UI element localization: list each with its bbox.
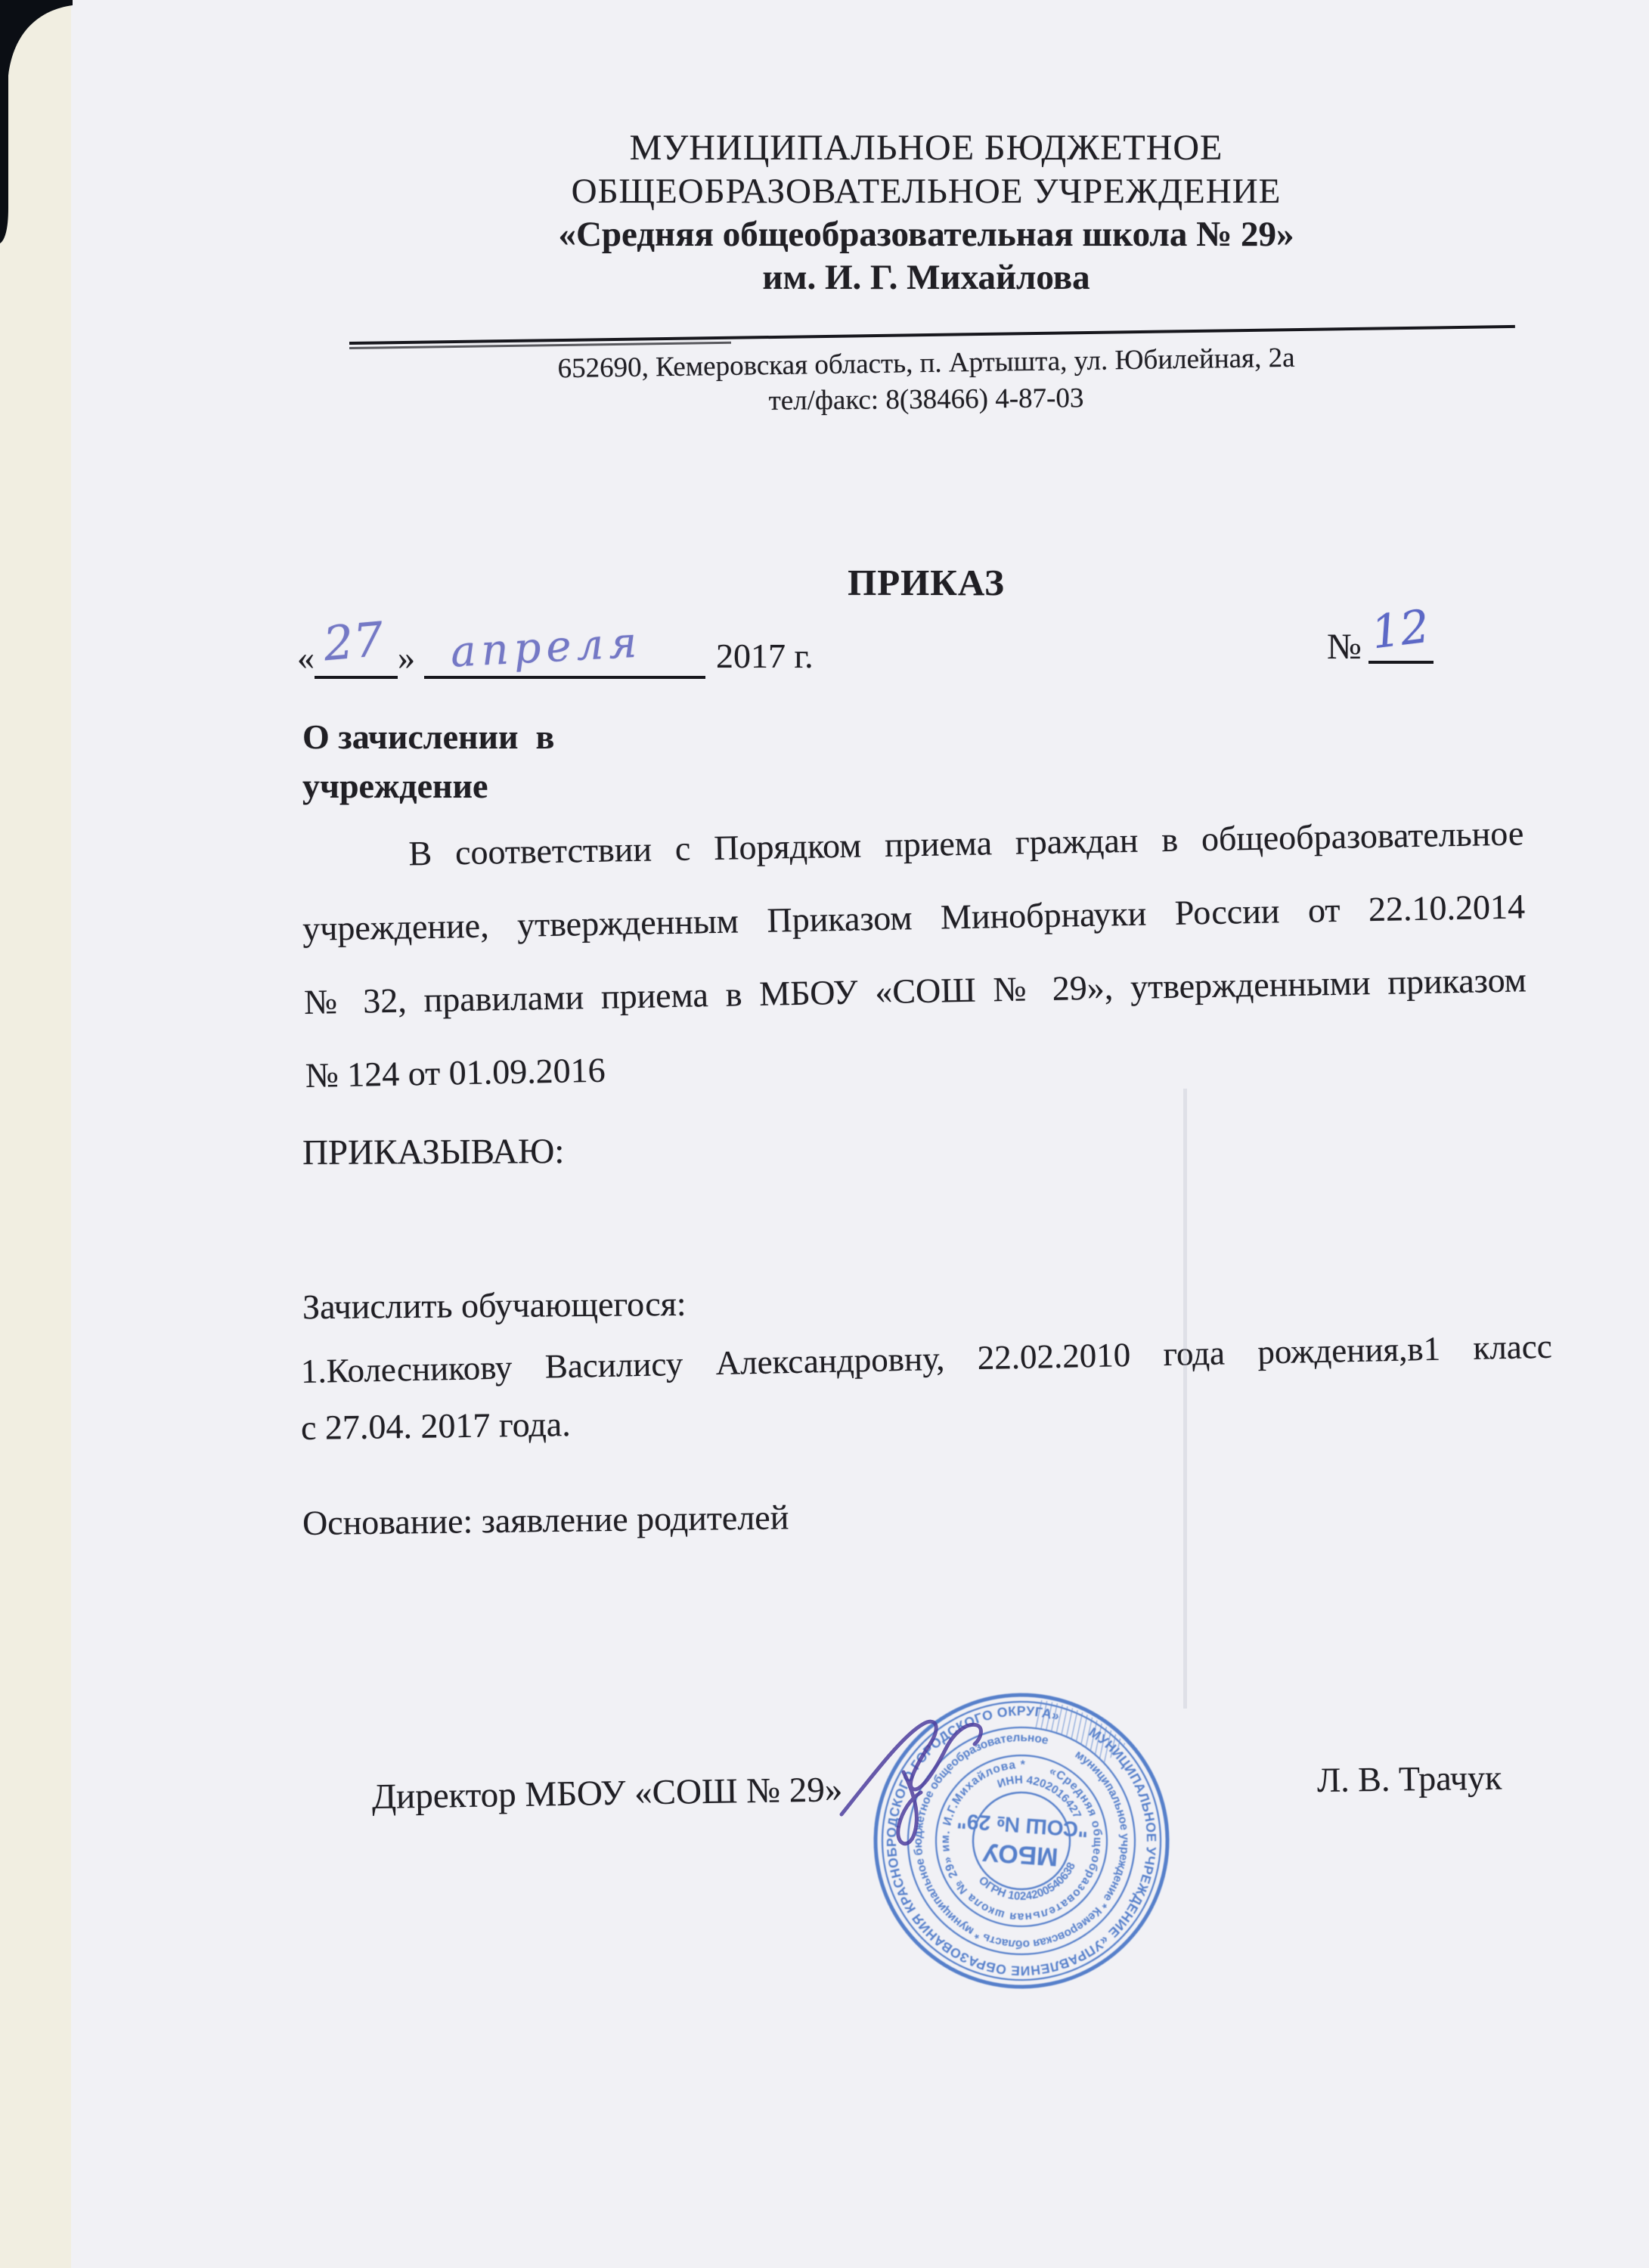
body-paragraph-line3: № 32, правилами приема в МБОУ «СОШ № 29»… [304,959,1527,1022]
scanner-edge-strip [0,0,71,2268]
body-paragraph-line2: учреждение, утвержденным Приказом Минобр… [302,886,1526,949]
org-name-line3: «Средняя общеобразовательная школа № 29» [302,214,1550,255]
enroll-item-line2: с 27.04. 2017 года. [301,1404,571,1448]
order-title: ПРИКАЗ [302,561,1550,604]
scan-crease [1183,1089,1187,1709]
enroll-heading: Зачислить обучающегося: [302,1284,687,1327]
subject-line2: учреждение [302,766,488,806]
director-signature-scribble [830,1699,1057,1858]
handwritten-month: апреля [449,618,643,677]
org-name-line2: ОБЩЕОБРАЗОВАТЕЛЬНОЕ УЧРЕЖДЕНИЕ [302,171,1550,212]
handwritten-day: 27 [321,612,386,672]
date-close-quote: » [398,637,415,679]
decree-word: ПРИКАЗЫВАЮ: [302,1131,565,1173]
signature-role: Директор МБОУ «СОШ № 29» [372,1769,843,1817]
body-paragraph-line1: В соответствии с Порядком приема граждан… [301,813,1524,875]
scanner-corner-artifact [0,0,98,257]
handwritten-order-number: 12 [1368,600,1432,660]
basis-line: Основание: заявление родителей [302,1497,789,1543]
order-number-underline [1368,661,1434,664]
scanned-document-page: МУНИЦИПАЛЬНОЕ БЮДЖЕТНОЕ ОБЩЕОБРАЗОВАТЕЛЬ… [0,0,1649,2268]
subject-line1: О зачислении в [302,717,554,757]
date-year: 2017 г. [716,636,814,679]
org-name-line4: им. И. Г. Михайлова [302,257,1550,298]
org-name-line1: МУНИЦИПАЛЬНОЕ БЮДЖЕТНОЕ [302,127,1550,169]
body-paragraph-line4: № 124 от 01.09.2016 [305,1033,1528,1095]
signature-name: Л. В. Трачук [1317,1758,1502,1800]
date-open-quote: « [297,637,315,679]
order-number-label: № [1327,626,1362,668]
enroll-item-line1: 1.Колесникову Василису Александровну, 22… [300,1327,1552,1391]
